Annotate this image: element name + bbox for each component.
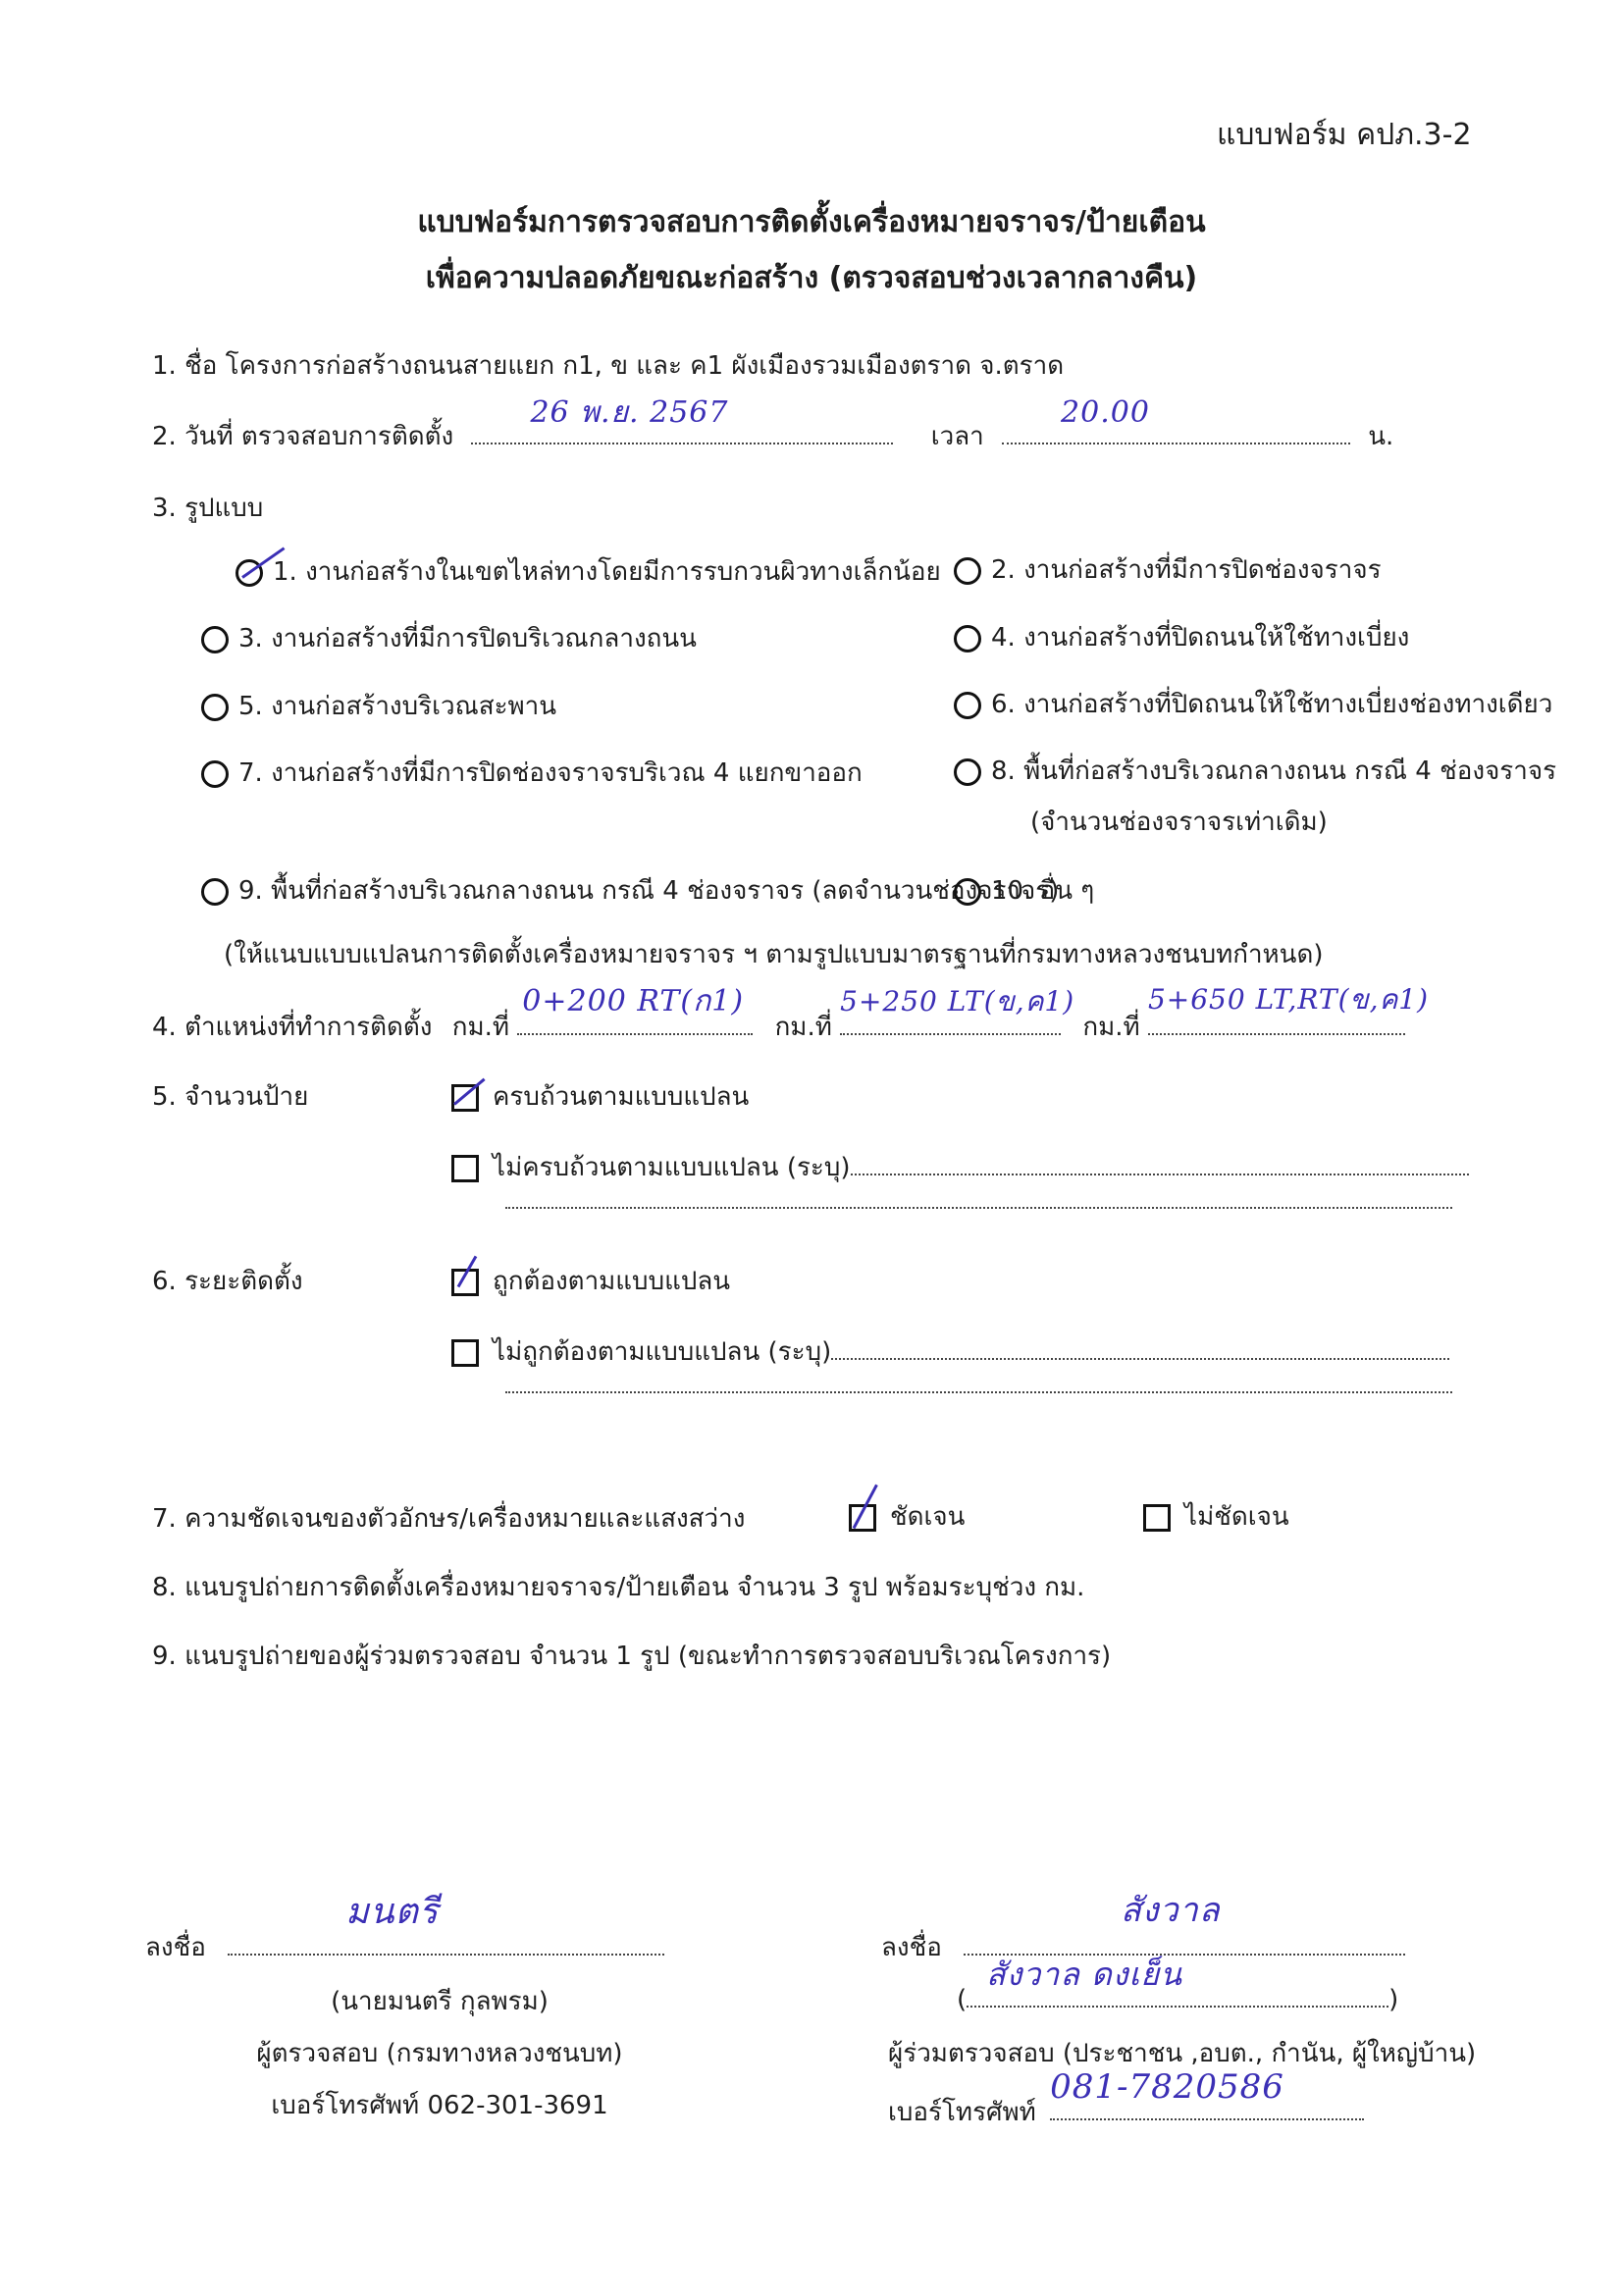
pattern-option-6[interactable]: 6. งานก่อสร้างที่ปิดถนนให้ใช้ทางเบี่ยงช่… [954,687,1552,722]
checkbox-empty[interactable] [1143,1504,1171,1532]
photo-attachment-instruction: 8. แนบรูปถ่ายการติดตั้งเครื่องหมายจราจร/… [152,1570,1084,1605]
pattern-option-9[interactable]: 9. พื้นที่ก่อสร้างบริเวณกลางถนน กรณี 4 ช… [201,873,1059,909]
checkmark-icon [853,1484,878,1529]
pattern-option-1[interactable]: 1. งานก่อสร้างในเขตไหล่ทางโดยมีการรบกวนผ… [236,554,941,590]
km-field-2[interactable]: 5+250 LT(ข,ค1) [840,1008,1061,1035]
km-value-3: 5+650 LT,RT(ข,ค1) [1148,982,1429,1018]
installation-position-row: 4. ตำแหน่งที่ทำการติดตั้ง กม.ที่ 0+200 R… [152,1008,1405,1045]
sign-count-option-complete[interactable]: ครบถ้วนตามแบบแปลน [451,1079,749,1115]
pattern-option-8-sub: (จำนวนช่องจราจรเท่าเดิม) [1030,805,1328,840]
radio-selected[interactable] [236,559,263,587]
inspection-date-value: 26 พ.ย. 2567 [530,395,728,431]
radio-empty[interactable] [954,557,981,585]
install-distance-spec-line2[interactable] [505,1391,1452,1393]
pattern-option-7[interactable]: 7. งานก่อสร้างที่มีการปิดช่องจราจรบริเวณ… [201,756,863,791]
radio-empty[interactable] [954,692,981,719]
km-field-3[interactable]: 5+650 LT,RT(ข,ค1) [1148,1008,1405,1035]
co-inspector-phone-row: เบอร์โทรศัพท์ 081-7820586 [888,2093,1364,2130]
clarity-option-clear[interactable]: ชัดเจน [849,1499,965,1535]
time-unit: น. [1368,422,1393,451]
km-field-1[interactable]: 0+200 RT(ก1) [517,1008,753,1035]
clarity-option-unclear[interactable]: ไม่ชัดเจน [1143,1499,1289,1535]
radio-empty[interactable] [201,694,229,721]
time-value: 20.00 [1061,395,1150,431]
radio-empty[interactable] [954,625,981,652]
inspector-signature-field[interactable]: มนตรี [228,1928,664,1956]
pattern-option-10[interactable]: 10. อื่น ๆ [954,873,1094,909]
install-distance-label: 6. ระยะติดตั้ง [152,1264,303,1299]
pattern-option-2[interactable]: 2. งานก่อสร้างที่มีการปิดช่องจราจร [954,552,1382,588]
pattern-option-5[interactable]: 5. งานก่อสร้างบริเวณสะพาน [201,689,556,724]
inspector-phone: เบอร์โทรศัพท์ 062-301-3691 [145,2088,734,2123]
form-title-line2: เพื่อความปลอดภัยขณะก่อสร้าง (ตรวจสอบช่วง… [0,257,1623,300]
inspection-date-label: 2. วันที่ ตรวจสอบการติดตั้ง [152,422,453,451]
radio-empty[interactable] [201,760,229,788]
inspection-date-row: 2. วันที่ ตรวจสอบการติดตั้ง 26 พ.ย. 2567… [152,417,1393,454]
sign-count-option-incomplete[interactable]: ไม่ครบถ้วนตามแบบแปลน (ระบุ) [451,1148,1469,1185]
inspector-signature: มนตรี [345,1895,439,1930]
install-distance-option-correct[interactable]: ถูกต้องตามแบบแปลน [451,1264,730,1299]
pattern-note: (ให้แนบแบบแปลนการติดตั้งเครื่องหมายจราจร… [224,937,1324,972]
sign-count-spec-field[interactable] [851,1148,1469,1175]
installation-position-label: 4. ตำแหน่งที่ทำการติดตั้ง [152,1013,432,1042]
km-value-1: 0+200 RT(ก1) [522,984,744,1019]
checkbox-checked[interactable] [849,1504,876,1532]
km-value-2: 5+250 LT(ข,ค1) [840,984,1074,1019]
co-inspector-name-field[interactable]: สังวาล ดงเย็น [967,1980,1388,2008]
checkbox-empty[interactable] [451,1155,479,1182]
time-field[interactable]: 20.00 [1002,417,1350,444]
inspection-date-field[interactable]: 26 พ.ย. 2567 [471,417,893,444]
time-label: เวลา [931,422,984,451]
radio-empty[interactable] [201,878,229,906]
pattern-option-4[interactable]: 4. งานก่อสร้างที่ปิดถนนให้ใช้ทางเบี่ยง [954,620,1409,655]
pattern-option-3[interactable]: 3. งานก่อสร้างที่มีการปิดบริเวณกลางถนน [201,621,697,656]
project-name: 1. ชื่อ โครงการก่อสร้างถนนสายแยก ก1, ข แ… [152,348,1064,384]
checkmark-icon [453,1077,486,1105]
clarity-label: 7. ความชัดเจนของตัวอักษร/เครื่องหมายและแ… [152,1501,745,1537]
pattern-option-8[interactable]: 8. พื้นที่ก่อสร้างบริเวณกลางถนน กรณี 4 ช… [954,754,1556,789]
sign-count-spec-line2[interactable] [505,1207,1452,1209]
inspector-signature-row: ลงชื่อ มนตรี [145,1928,664,1965]
co-inspector-signature-field[interactable]: สังวาล [964,1928,1405,1956]
install-distance-spec-field[interactable] [831,1332,1449,1360]
checkbox-checked[interactable] [451,1269,479,1296]
pattern-label: 3. รูปแบบ [152,491,263,526]
co-inspector-role: ผู้ร่วมตรวจสอบ (ประชาชน ,อบต., กำนัน, ผู… [888,2036,1476,2071]
checkbox-empty[interactable] [451,1339,479,1367]
checkbox-checked[interactable] [451,1084,479,1112]
co-inspector-phone-field[interactable]: 081-7820586 [1050,2093,1364,2120]
radio-empty[interactable] [954,878,981,906]
inspector-name: (นายมนตรี กุลพรม) [145,1984,734,2019]
form-title-line1: แบบฟอร์มการตรวจสอบการติดตั้งเครื่องหมายจ… [0,201,1623,244]
inspector-role: ผู้ตรวจสอบ (กรมทางหลวงชนบท) [145,2036,734,2071]
install-distance-option-incorrect[interactable]: ไม่ถูกต้องตามแบบแปลน (ระบุ) [451,1332,1449,1370]
form-code: แบบฟอร์ม คปภ.3-2 [1217,118,1472,153]
co-inspector-signature: สังวาล [1121,1893,1220,1928]
sign-count-label: 5. จำนวนป้าย [152,1079,308,1115]
co-inspector-name: สังวาล ดงเย็น [986,1957,1182,1992]
radio-empty[interactable] [201,626,229,653]
radio-empty[interactable] [954,758,981,786]
checkmark-icon [457,1255,478,1287]
co-inspector-name-row: (สังวาล ดงเย็น) [957,1980,1398,2017]
co-inspector-phone: 081-7820586 [1050,2069,1284,2105]
co-inspector-photo-instruction: 9. แนบรูปถ่ายของผู้ร่วมตรวจสอบ จำนวน 1 ร… [152,1639,1111,1674]
